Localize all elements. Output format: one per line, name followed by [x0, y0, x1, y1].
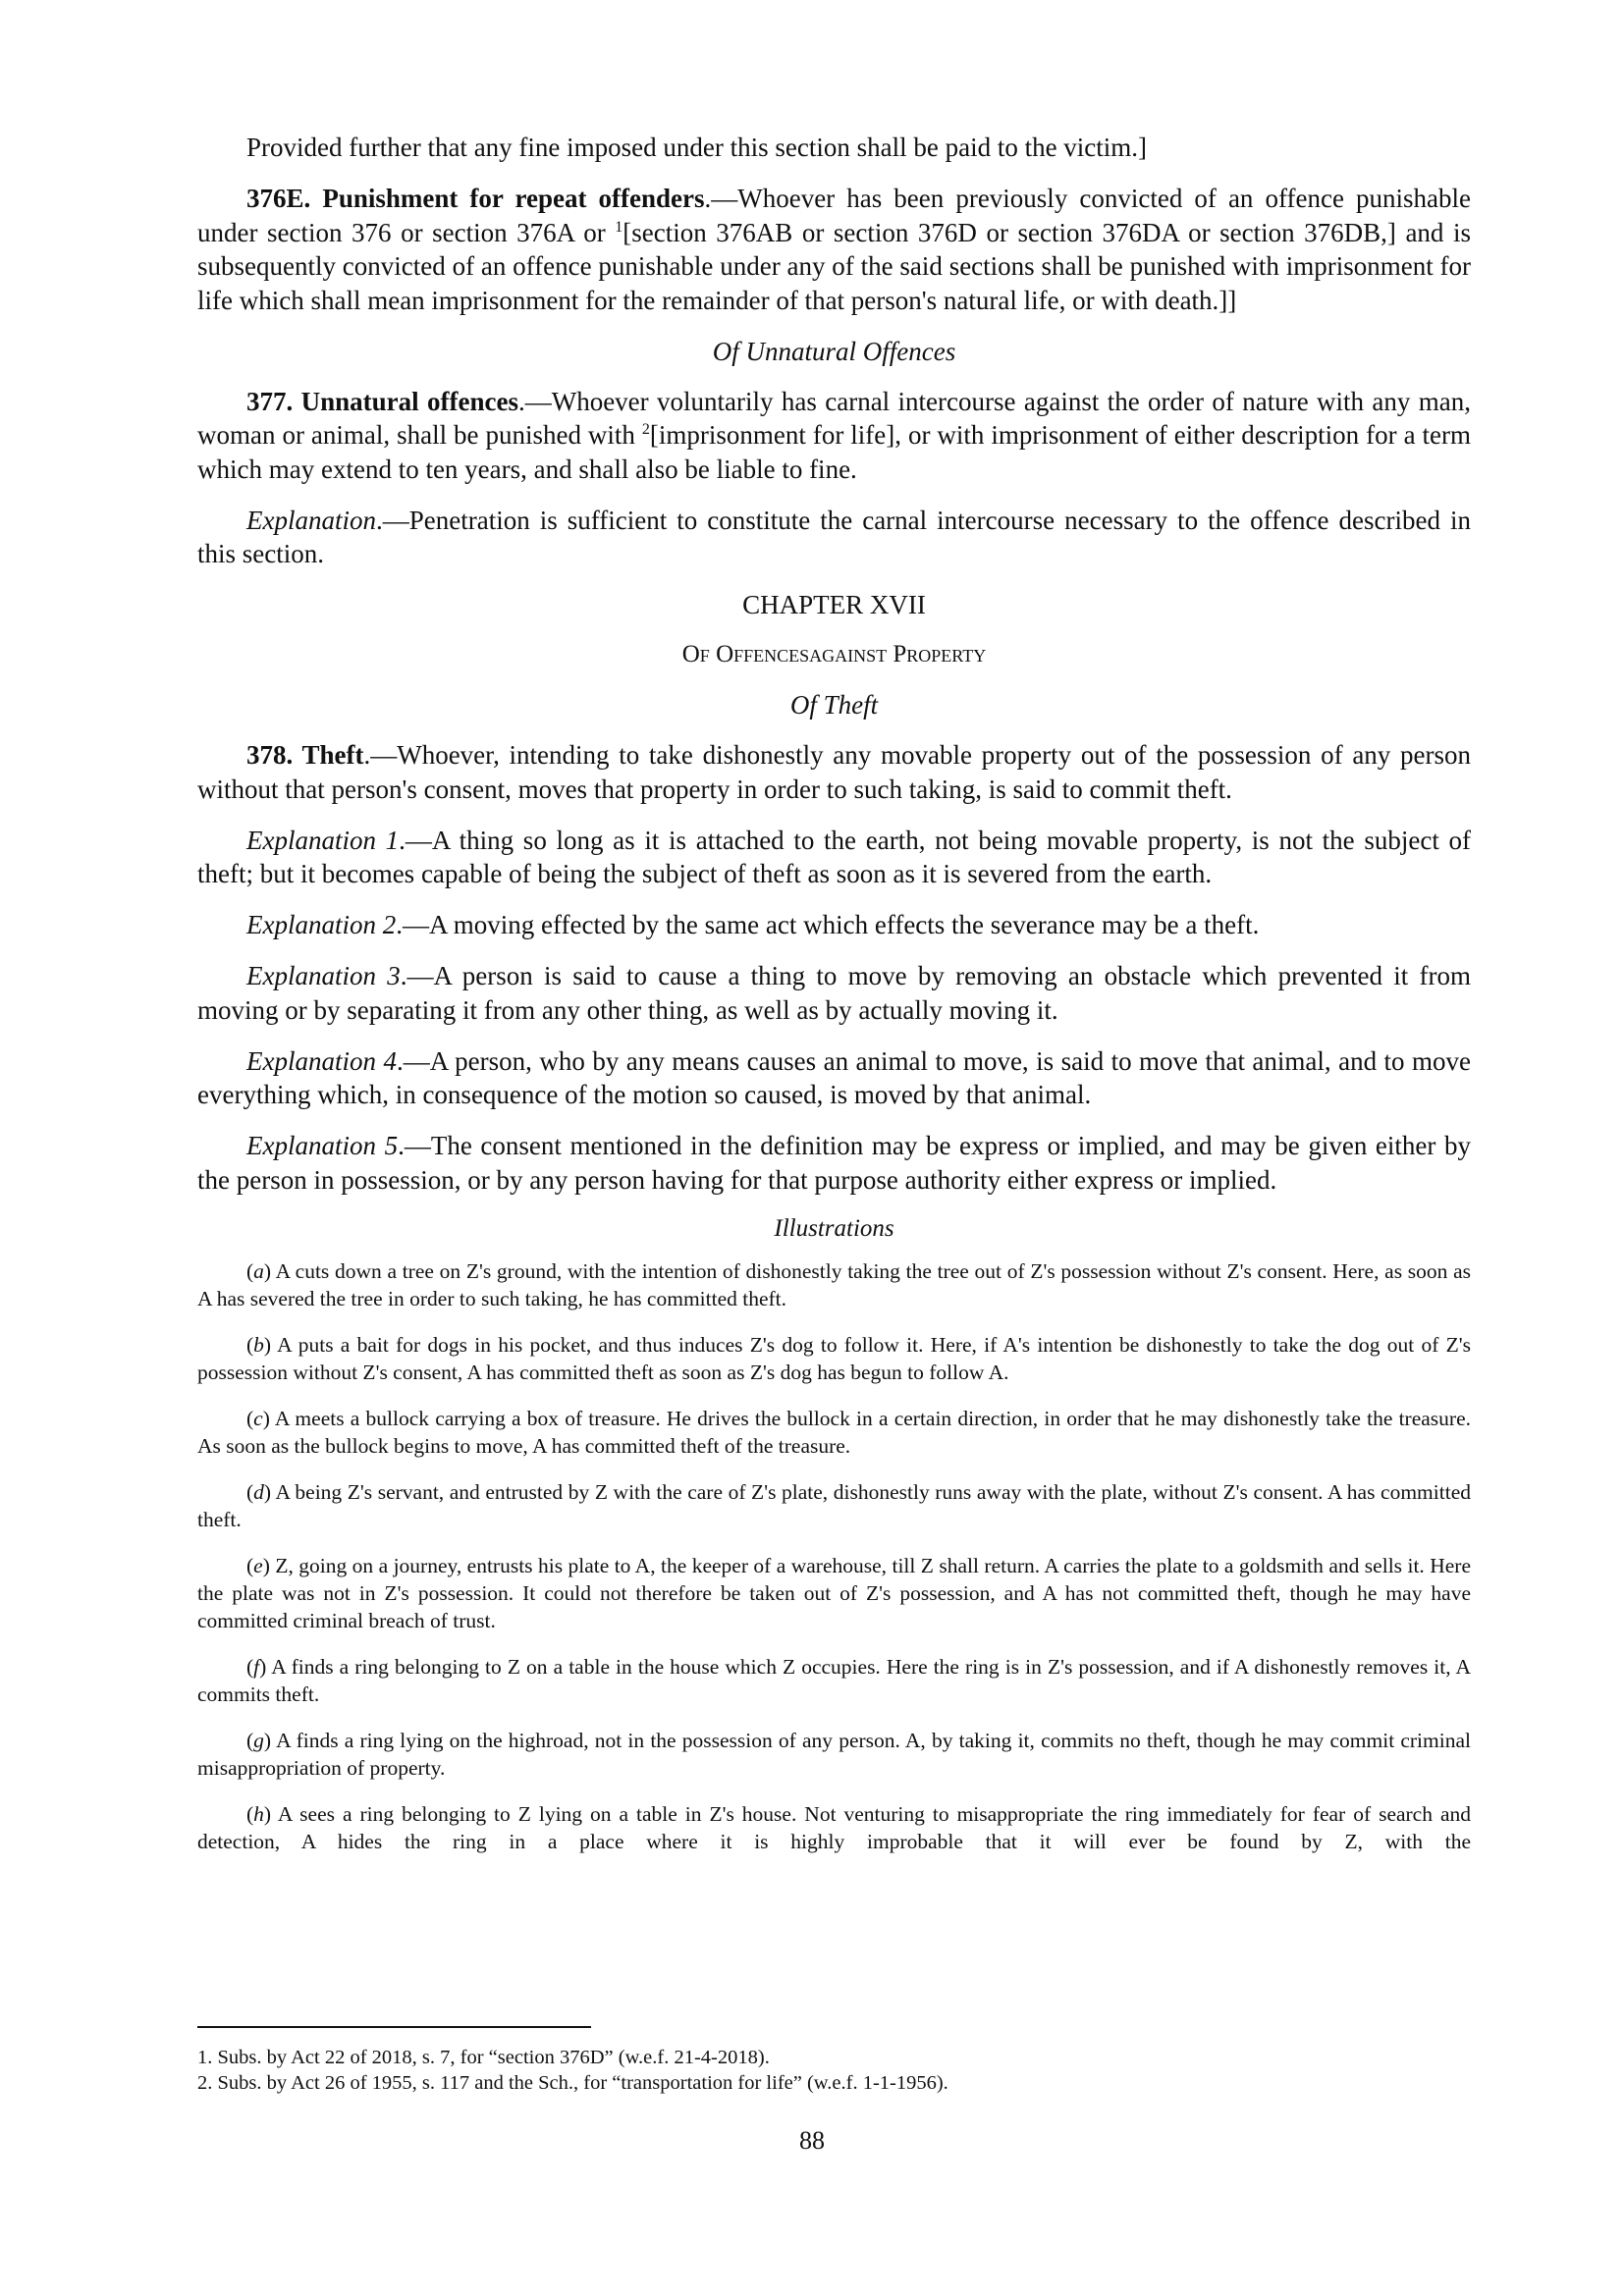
explanation-label: Explanation 1 — [246, 826, 399, 855]
illustration-label: e — [253, 1554, 263, 1577]
proviso-paragraph: Provided further that any fine imposed u… — [197, 131, 1471, 165]
explanation-1: Explanation 1.—A thing so long as it is … — [197, 824, 1471, 891]
section-heading: 377. Unnatural offences — [246, 387, 518, 416]
section-378: 378. Theft.—Whoever, intending to take d… — [197, 738, 1471, 806]
illustration-text: A puts a bait for dogs in his pocket, an… — [197, 1333, 1471, 1384]
illustration-d: (d) A being Z's servant, and entrusted b… — [197, 1478, 1471, 1533]
illustration-label: c — [253, 1407, 263, 1430]
illustration-label: b — [253, 1333, 264, 1357]
illustrations-heading: Illustrations — [197, 1214, 1471, 1244]
section-376E: 376E. Punishment for repeat offenders.—W… — [197, 182, 1471, 317]
explanation-label: Explanation 2 — [246, 910, 396, 939]
illustration-text: A sees a ring belonging to Z lying on a … — [197, 1802, 1471, 1853]
illustration-label: f — [253, 1655, 259, 1679]
explanation-dash: .— — [399, 826, 432, 855]
heading-dash: .— — [518, 387, 552, 416]
explanation-4: Explanation 4.—A person, who by any mean… — [197, 1044, 1471, 1112]
illustration-b: (b) A puts a bait for dogs in his pocket… — [197, 1331, 1471, 1386]
explanation-text: A moving effected by the same act which … — [429, 910, 1259, 939]
illustration-c: (c) A meets a bullock carrying a box of … — [197, 1405, 1471, 1460]
illustration-text: A finds a ring lying on the highroad, no… — [197, 1729, 1471, 1780]
page-number: 88 — [0, 2124, 1624, 2158]
footnote-divider — [197, 2026, 591, 2028]
explanation-2: Explanation 2.—A moving effected by the … — [197, 908, 1471, 942]
explanation-dash: .— — [376, 506, 409, 535]
heading-dash: .— — [704, 184, 737, 213]
illustration-text: A meets a bullock carrying a box of trea… — [197, 1407, 1471, 1458]
explanation-dash: .— — [397, 1046, 430, 1076]
explanation-dash: .— — [398, 1131, 431, 1160]
illustration-text: A cuts down a tree on Z's ground, with t… — [197, 1259, 1471, 1310]
section-heading: 378. Theft — [246, 740, 363, 770]
page-body: Provided further that any fine imposed u… — [197, 131, 1471, 1874]
subheading-of-theft: Of Theft — [197, 688, 1471, 721]
illustration-e: (e) Z, going on a journey, entrusts his … — [197, 1552, 1471, 1634]
explanation-label: Explanation 5 — [246, 1131, 398, 1160]
explanation-3: Explanation 3.—A person is said to cause… — [197, 959, 1471, 1027]
footnotes: 1. Subs. by Act 22 of 2018, s. 7, for “s… — [197, 2045, 1471, 2096]
explanation-dash: .— — [396, 910, 429, 939]
illustration-a: (a) A cuts down a tree on Z's ground, wi… — [197, 1257, 1471, 1312]
illustration-g: (g) A finds a ring lying on the highroad… — [197, 1727, 1471, 1782]
illustration-label: d — [253, 1480, 264, 1504]
section-377: 377. Unnatural offences.—Whoever volunta… — [197, 385, 1471, 487]
illustration-f: (f) A finds a ring belonging to Z on a t… — [197, 1653, 1471, 1708]
footnote-marker[interactable]: 2 — [642, 421, 650, 438]
section-heading: 376E. Punishment for repeat offenders — [246, 184, 704, 213]
explanation-label: Explanation 3 — [246, 961, 401, 990]
chapter-title: Of Offencesagainst Property — [197, 638, 1471, 671]
footnote-1: 1. Subs. by Act 22 of 2018, s. 7, for “s… — [197, 2045, 1471, 2070]
explanation-377: Explanation.—Penetration is sufficient t… — [197, 504, 1471, 571]
illustration-text: A finds a ring belonging to Z on a table… — [197, 1655, 1471, 1706]
explanation-label: Explanation — [246, 506, 376, 535]
subheading-unnatural-offences: Of Unnatural Offences — [197, 335, 1471, 368]
illustration-text: Z, going on a journey, entrusts his plat… — [197, 1554, 1471, 1632]
heading-dash: .— — [363, 740, 397, 770]
footnote-2: 2. Subs. by Act 26 of 1955, s. 117 and t… — [197, 2070, 1471, 2096]
illustration-label: h — [253, 1802, 264, 1826]
explanation-label: Explanation 4 — [246, 1046, 397, 1076]
illustration-label: a — [253, 1259, 264, 1283]
illustration-text: A being Z's servant, and entrusted by Z … — [197, 1480, 1471, 1531]
illustration-label: g — [253, 1729, 264, 1752]
chapter-number: CHAPTER XVII — [197, 588, 1471, 621]
illustration-h: (h) A sees a ring belonging to Z lying o… — [197, 1800, 1471, 1855]
explanation-5: Explanation 5.—The consent mentioned in … — [197, 1129, 1471, 1197]
explanation-dash: .— — [401, 961, 434, 990]
